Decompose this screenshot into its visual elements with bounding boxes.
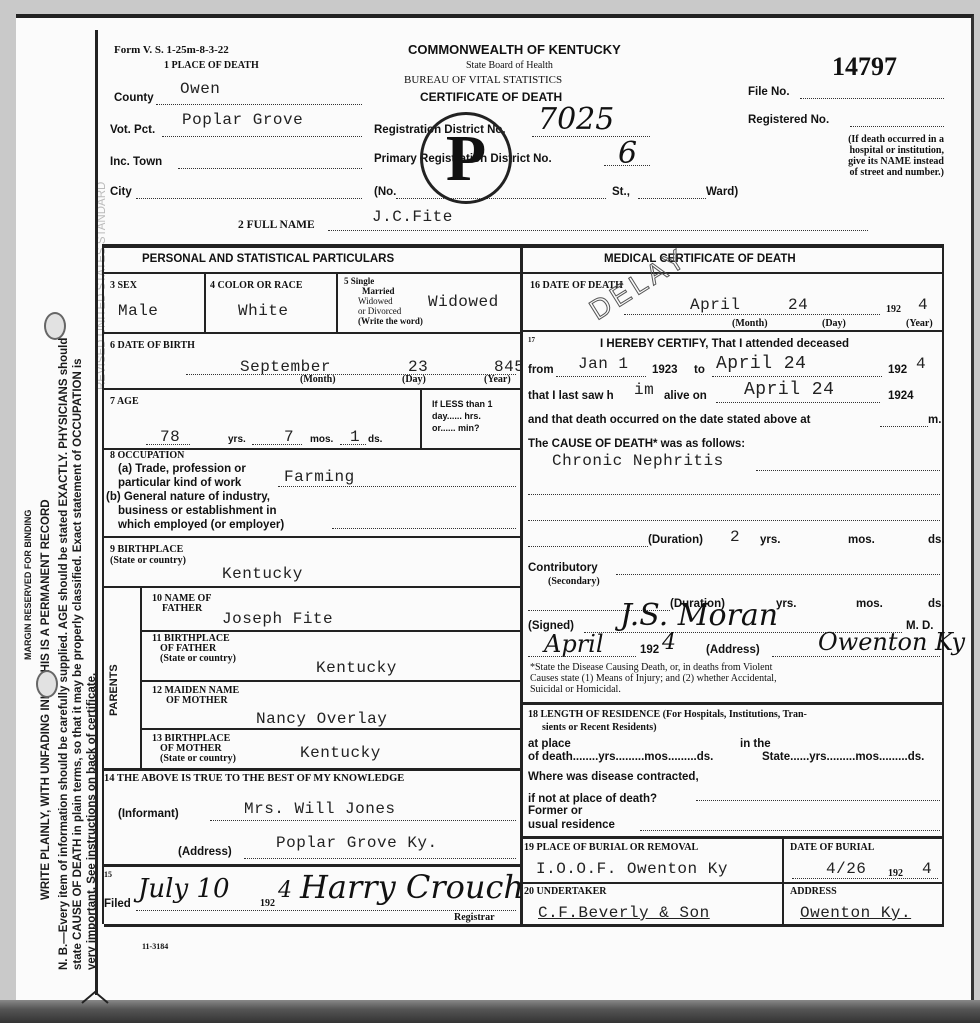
certify-text: I HEREBY CERTIFY, That I attended deceas… [600,338,849,350]
full-name-label: 2 FULL NAME [238,219,315,231]
burial-date: 4/26 [826,860,866,878]
file-no-line [800,98,944,99]
month-caption: (Month) [732,318,768,329]
to-year-prefix: 192 [888,364,907,376]
inc-town-line [178,168,362,169]
signed-date: April [544,630,604,658]
yrs-caption: yrs. [760,534,780,546]
mother-birthplace: Kentucky [300,744,381,762]
board-title: State Board of Health [466,60,553,71]
contributory-label: Contributory [528,562,598,574]
mos-caption: mos. [310,434,333,445]
age-years: 78 [160,428,180,446]
informant-label: (Informant) [118,808,179,820]
age-months: 7 [284,428,294,446]
last-saw-label: that I last saw h [528,390,614,402]
filed-label: Filed [104,898,131,910]
rule [104,272,520,274]
punch-hole [36,670,58,698]
contracted-line [696,800,940,801]
duration-years: 2 [730,528,740,546]
personal-header: PERSONAL AND STATISTICAL PARTICULARS [142,253,394,265]
day-caption: (Day) [822,318,846,329]
contributory-line [616,574,940,575]
st-label: St., [612,186,630,198]
attended-to: April 24 [716,354,806,374]
vot-pct-value: Poplar Grove [182,111,303,129]
occupation-b-label: (b) General nature of industry, business… [106,490,284,532]
vot-pct-label: Vot. Pct. [110,124,155,136]
birthplace-value: Kentucky [222,565,303,583]
filed-year: 4 [278,878,292,903]
city-label: City [110,186,132,198]
father-birthplace: Kentucky [316,659,397,677]
street-line [396,198,606,199]
street-label: (No. [374,186,396,198]
duration-label: (Duration) [648,534,703,546]
last-saw-date: April 24 [744,380,834,400]
age-months-line [252,444,302,445]
father-name: Joseph Fite [222,610,333,628]
filed-number: 15 [104,870,112,879]
employer-line [332,528,516,529]
page-shadow-edge [0,1000,980,1023]
dod-month: April [690,296,741,314]
registered-no-label: Registered No. [748,114,829,126]
marital-label: 5 Single Married Widowed or Divorced (Wr… [344,276,423,326]
rule [140,586,142,768]
cause-value: Chronic Nephritis [552,452,724,470]
rule-foot-mark [80,990,110,1004]
attended-from: Jan 1 [578,355,629,373]
instruction-line-1: N. B.—Every item of information should b… [58,338,71,970]
write-plainly-note: WRITE PLAINLY, WITH UNFADING INK—THIS IS… [40,499,53,900]
rule [204,274,206,332]
column-divider [520,244,523,924]
m-label: m. [928,414,941,426]
mother-birthplace-label: 13 BIRTHPLACE OF MOTHER (State or countr… [152,734,236,764]
informant-address-line [244,858,516,859]
day-caption: (Day) [402,374,426,385]
occurred-text: and that death occurred on the date stat… [528,414,810,426]
to-line [712,376,882,377]
occupation-value: Farming [284,468,355,486]
month-caption: (Month) [300,374,336,385]
rule [142,630,520,632]
burial-place-label: 19 PLACE OF BURIAL OR REMOVAL [524,842,698,853]
cause-line [528,494,940,495]
certify-number: 17 [528,336,535,344]
former-residence-line [640,830,940,831]
informant-address-label: (Address) [178,846,232,858]
secondary-label: (Secondary) [548,576,600,587]
registrar-signature: Harry Crouch [300,868,524,906]
parents-label: PARENTS [108,664,121,716]
to-label: to [694,364,705,376]
mother-name: Nancy Overlay [256,710,387,728]
physician-address: Owenton Ky [818,628,965,656]
filed-date: July 10 [138,874,230,904]
rule [523,330,942,332]
father-name-label: 10 NAME OF FATHER [152,594,211,614]
authority-title: COMMONWEALTH OF KENTUCKY [408,42,621,57]
inc-town-label: Inc. Town [110,156,162,168]
signed-year-prefix: 192 [640,644,659,656]
vot-pct-line [162,136,362,137]
file-number: 14797 [832,52,897,82]
signed-year: 4 [662,630,676,655]
rule [523,836,942,839]
left-border [102,244,104,924]
place-of-death-heading: 1 PLACE OF DEATH [164,60,259,71]
form-number: Form V. S. 1-25m-8-3-22 [114,44,229,56]
instruction-line-2: state CAUSE OF DEATH in plain terms, so … [72,358,85,970]
burial-place: I.O.O.F. Owenton Ky [536,860,728,878]
informant-value: Mrs. Will Jones [244,800,396,818]
to-year: 4 [916,355,926,373]
rule [104,332,520,334]
ward-line [638,198,706,199]
registration-district-value: 7025 [538,102,614,137]
full-name-value: J.C.Fite [372,208,453,226]
informant-line [210,820,516,821]
margin-rule [95,30,98,995]
rule [142,728,520,730]
ward-label: Ward) [706,186,738,198]
dod-year: 4 [918,296,928,314]
time-line [880,426,928,427]
hospital-note: (If death occurred in a hospital or inst… [790,134,944,178]
filed-year-prefix: 192 [260,898,275,909]
father-birthplace-label: 11 BIRTHPLACE OF FATHER (State or countr… [152,634,236,664]
residence-in-state: in the State......yrs.........mos.......… [740,738,924,764]
undertaker-label: 20 UNDERTAKER [524,886,607,897]
rule [104,536,520,538]
from-year: 1923 [652,364,678,376]
punch-hole [44,312,66,340]
cause-line [756,470,940,471]
county-line [156,104,362,105]
primary-district-value: 6 [618,136,637,171]
from-label: from [528,364,554,376]
alive-on-label: alive on [664,390,707,402]
sex-label: 3 SEX [110,280,137,291]
occupation-line [278,486,516,487]
undertaker-address-label: ADDRESS [790,886,837,897]
rule [104,864,520,867]
county-label: County [114,92,154,104]
year-caption: (Year) [906,318,933,329]
dob-line [186,374,516,375]
yrs-caption: yrs. [776,598,796,610]
last-saw-year: 1924 [888,390,914,402]
mos-caption: mos. [856,598,883,610]
medical-header: MEDICAL CERTIFICATE OF DEATH [604,253,796,265]
margin-instructions: MARGIN RESERVED FOR BINDING WRITE PLAINL… [16,30,96,960]
rule [104,768,520,771]
dod-day: 24 [788,296,808,314]
age-label: 7 AGE [110,396,139,407]
undertaker-address: Owenton Ky. [800,904,911,922]
informant-header: 14 THE ABOVE IS TRUE TO THE BEST OF MY K… [104,773,404,784]
from-line [556,376,646,377]
physician-signature: J.S. Moran [620,598,778,633]
full-name-line [328,230,868,231]
physician-address-line [772,656,940,657]
undertaker: C.F.Beverly & Son [538,904,710,922]
race-label: 4 COLOR OR RACE [210,280,303,291]
last-saw-pronoun: im [634,381,654,399]
bureau-title: BUREAU OF VITAL STATISTICS [404,74,562,86]
binding-note: MARGIN RESERVED FOR BINDING [22,510,35,660]
rule [523,272,942,274]
less-than-day-note: If LESS than 1 day...... hrs. or...... m… [432,398,493,434]
print-code: 11-3184 [142,942,168,951]
ds-caption: ds. [368,434,382,445]
mother-name-label: 12 MAIDEN NAME OF MOTHER [152,686,239,706]
file-no-label: File No. [748,86,790,98]
year-caption: (Year) [484,374,511,385]
age-days: 1 [350,428,360,446]
burial-date-line [792,878,938,879]
stamp-letter: P [423,121,509,197]
cause-line [528,520,940,521]
city-line [136,198,362,199]
dod-line [624,314,880,315]
sex-value: Male [118,302,158,320]
rule [104,388,520,390]
right-border [942,244,944,924]
county-value: Owen [180,80,220,98]
burial-date-label: DATE OF BURIAL [790,842,874,853]
registered-no-line [850,126,944,127]
occupation-label: 8 OCCUPATION [110,450,184,461]
marital-value: Widowed [428,293,499,311]
physician-address-label: (Address) [706,644,760,656]
residence-header: 18 LENGTH OF RESIDENCE (For Hospitals, I… [528,708,807,734]
yrs-caption: yrs. [228,434,246,445]
dod-year-prefix: 192 [886,304,901,315]
cause-label: The CAUSE OF DEATH* was as follows: [528,438,745,450]
dob-label: 6 DATE OF BIRTH [110,340,195,351]
last-saw-line [716,402,880,403]
former-residence-label: Former or usual residence [528,804,615,832]
rule [104,924,944,927]
rule [104,586,520,588]
birthplace-label: 9 BIRTHPLACE (State or country) [110,544,186,566]
registrar-label: Registrar [454,912,495,923]
burial-year-prefix: 192 [888,868,903,879]
cause-footnote: *State the Disease Causing Death, or, in… [530,662,777,695]
mos-caption: mos. [848,534,875,546]
rule [336,274,338,332]
duration-line [528,546,648,547]
rule [523,882,942,884]
p-stamp: P [420,112,512,204]
race-value: White [238,302,289,320]
ds-caption: ds. [928,534,945,546]
rule [523,702,942,705]
burial-year: 4 [922,860,932,878]
section-rule [104,244,944,248]
ds-caption: ds. [928,598,945,610]
residence-at-place: at place of death........yrs.........mos… [528,738,713,764]
rule [142,680,520,682]
filed-line [136,910,516,911]
rule [420,390,422,448]
informant-address: Poplar Grove Ky. [276,834,438,852]
occupation-a-label: (a) Trade, profession or particular kind… [118,462,246,490]
